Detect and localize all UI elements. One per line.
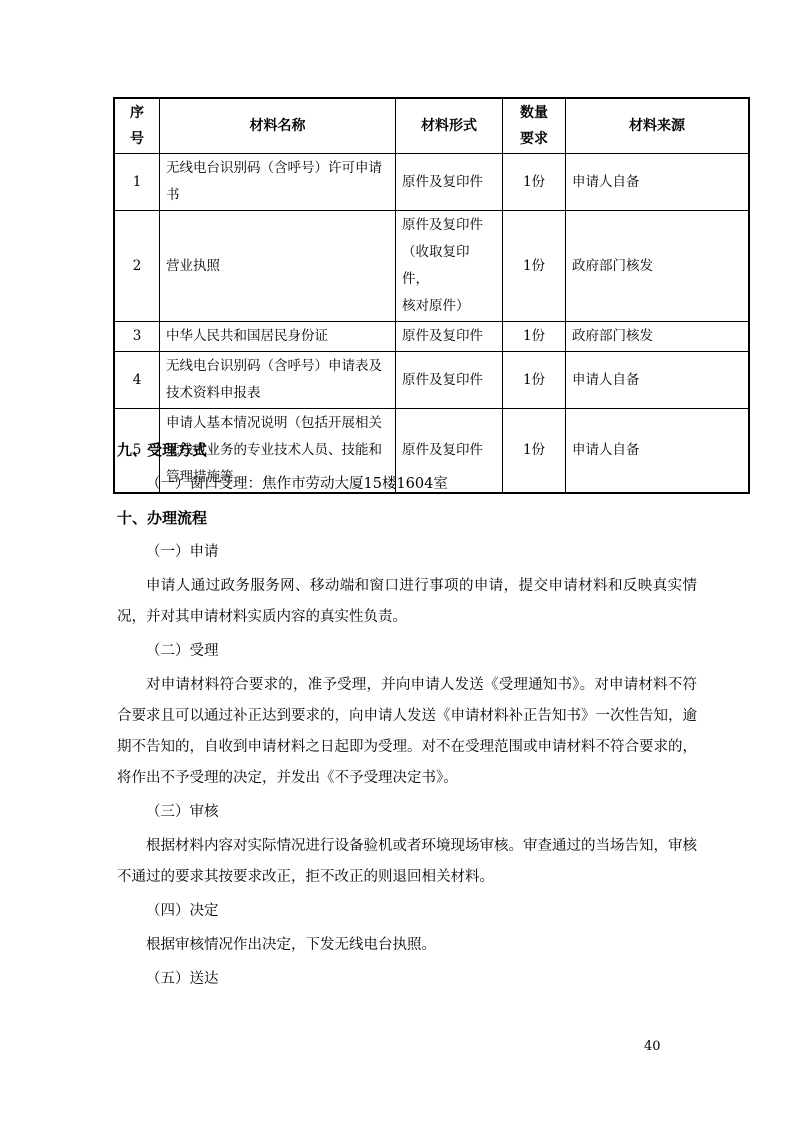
cell-source: 申请人自备 <box>566 154 750 211</box>
section-heading-9: 九、受理方式 <box>117 435 697 466</box>
cell-qty: 1份 <box>503 211 566 322</box>
cell-seq: 2 <box>114 211 160 322</box>
step-accept-title: （二）受理 <box>117 636 697 667</box>
step-apply-paragraph: 申请人通过政务服务网、移动端和窗口进行事项的申请，提交申请材料和反映真实情况，并… <box>117 571 697 633</box>
table-row: 1 无线电台识别码（含呼号）许可申请书 原件及复印件 1份 申请人自备 <box>114 154 749 211</box>
cell-source: 政府部门核发 <box>566 211 750 322</box>
page-number: 40 <box>644 1039 661 1054</box>
col-header-name: 材料名称 <box>160 98 396 154</box>
table-row: 4 无线电台识别码（含呼号）申请表及技术资料申报表 原件及复印件 1份 申请人自… <box>114 352 749 409</box>
step-review-title: （三）审核 <box>117 797 697 828</box>
cell-name: 营业执照 <box>160 211 396 322</box>
section-heading-10: 十、办理流程 <box>117 503 697 534</box>
col-header-seq: 序 号 <box>114 98 160 154</box>
cell-source: 申请人自备 <box>566 352 750 409</box>
document-body: 九、受理方式 （一）窗口受理：焦作市劳动大厦15楼1604室 十、办理流程 （一… <box>117 435 697 998</box>
step-apply-title: （一）申请 <box>117 537 697 568</box>
col-header-form: 材料形式 <box>396 98 503 154</box>
step-accept-paragraph: 对申请材料符合要求的，准予受理，并向申请人发送《受理通知书》。对申请材料不符合要… <box>117 670 697 794</box>
col-header-source: 材料来源 <box>566 98 750 154</box>
cell-form: 原件及复印件 <box>396 322 503 352</box>
table-row: 2 营业执照 原件及复印件 （收取复印件， 核对原件） 1份 政府部门核发 <box>114 211 749 322</box>
cell-name: 无线电台识别码（含呼号）申请表及技术资料申报表 <box>160 352 396 409</box>
step-delivery-title: （五）送达 <box>117 964 697 995</box>
cell-source: 政府部门核发 <box>566 322 750 352</box>
cell-qty: 1份 <box>503 352 566 409</box>
cell-seq: 3 <box>114 322 160 352</box>
document-page: 序 号 材料名称 材料形式 数量 要求 材料来源 1 无线电台识别码（含呼号）许… <box>0 0 793 1122</box>
col-header-qty: 数量 要求 <box>503 98 566 154</box>
cell-seq: 1 <box>114 154 160 211</box>
cell-name: 中华人民共和国居民身份证 <box>160 322 396 352</box>
cell-form: 原件及复印件 <box>396 352 503 409</box>
cell-qty: 1份 <box>503 322 566 352</box>
cell-form: 原件及复印件 <box>396 154 503 211</box>
cell-qty: 1份 <box>503 154 566 211</box>
step-decision-title: （四）决定 <box>117 896 697 927</box>
table-row: 3 中华人民共和国居民身份证 原件及复印件 1份 政府部门核发 <box>114 322 749 352</box>
window-acceptance-line: （一）窗口受理：焦作市劳动大厦15楼1604室 <box>117 469 697 500</box>
table-header-row: 序 号 材料名称 材料形式 数量 要求 材料来源 <box>114 98 749 154</box>
cell-form: 原件及复印件 （收取复印件， 核对原件） <box>396 211 503 322</box>
step-decision-paragraph: 根据审核情况作出决定，下发无线电台执照。 <box>117 930 697 961</box>
step-review-paragraph: 根据材料内容对实际情况进行设备验机或者环境现场审核。审查通过的当场告知，审核不通… <box>117 831 697 893</box>
cell-name: 无线电台识别码（含呼号）许可申请书 <box>160 154 396 211</box>
cell-seq: 4 <box>114 352 160 409</box>
